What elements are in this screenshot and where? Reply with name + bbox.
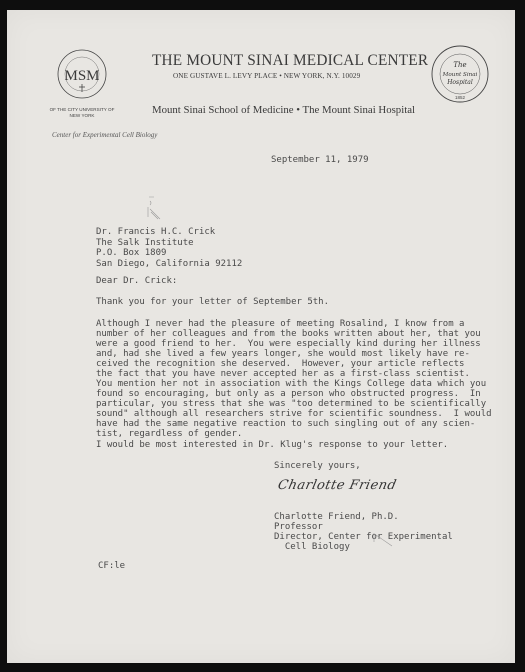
- handwritten-signature: Charlotte Friend: [276, 478, 398, 493]
- seal-year: 1852: [455, 95, 466, 100]
- paragraph-3: I would be most interested in Dr. Klug's…: [96, 440, 448, 450]
- salutation: Dear Dr. Crick:: [96, 276, 177, 286]
- closing: Sincerely yours,: [274, 461, 361, 471]
- recipient-address: Dr. Francis H.C. Crick The Salk Institut…: [96, 227, 242, 270]
- institution-address: ONE GUSTAVE L. LEVY PLACE • NEW YORK, N.…: [173, 72, 360, 80]
- letter-date: September 11, 1979: [271, 155, 369, 165]
- seal-line-3: Hospital: [446, 79, 473, 86]
- pencil-mark: [372, 532, 396, 548]
- seal-line-2: Mount Sinai: [442, 72, 478, 78]
- reference-initials: CF:le: [98, 561, 125, 571]
- affiliated-schools: Mount Sinai School of Medicine • The Mou…: [152, 104, 415, 116]
- seal-line-1: The: [453, 61, 466, 69]
- signature-block: Charlotte Friend, Ph.D. Professor Direct…: [274, 512, 453, 552]
- seal-monogram: MSM: [64, 68, 99, 84]
- institution-name: THE MOUNT SINAI MEDICAL CENTER: [152, 52, 428, 70]
- paragraph-2: Although I never had the pleasure of mee…: [96, 319, 492, 439]
- seal-caption: OF THE CITY UNIVERSITY OF NEW YORK: [48, 107, 116, 118]
- pencil-mark: [145, 195, 165, 220]
- department-name: Center for Experimental Cell Biology: [52, 131, 157, 139]
- school-seal-icon: MSM: [56, 48, 108, 100]
- hospital-seal-icon: The Mount Sinai Hospital 1852: [430, 44, 490, 104]
- paragraph-1: Thank you for your letter of September 5…: [96, 297, 329, 307]
